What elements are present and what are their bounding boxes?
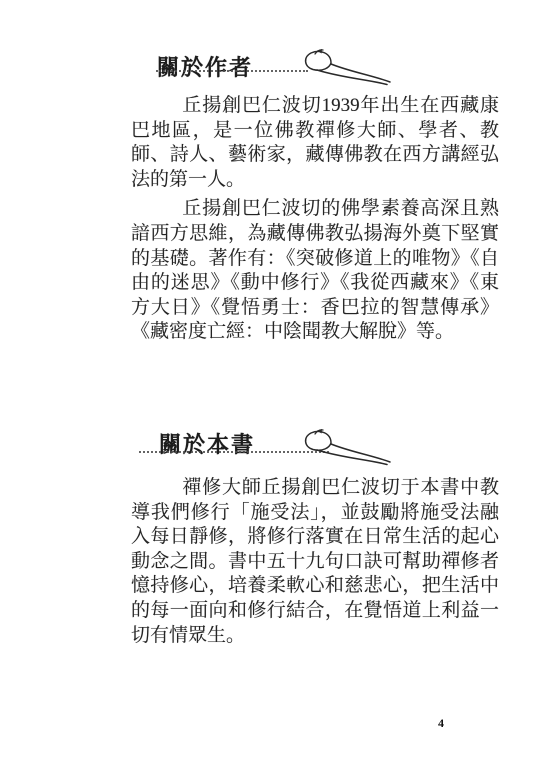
page-number: 4 bbox=[438, 716, 444, 731]
paragraph: 丘揚創巴仁波切1939年出生在西藏康巴地區，是一位佛教禪修大師、學者、教師、詩人… bbox=[131, 94, 499, 192]
bird-swirl-flourish-icon bbox=[293, 425, 395, 471]
section-body-about-book: 禪修大師丘揚創巴仁波切于本書中教導我們修行「施受法」，並鼓勵將施受法融入每日靜修… bbox=[131, 476, 499, 653]
paragraph: 丘揚創巴仁波切的佛學素養高深且熟諳西方思維，為藏傳佛教弘揚海外奠下堅實的基礎。著… bbox=[131, 197, 499, 345]
section-heading-about-book: 關於本書 bbox=[159, 428, 255, 459]
section-body-about-author: 丘揚創巴仁波切1939年出生在西藏康巴地區，是一位佛教禪修大師、學者、教師、詩人… bbox=[131, 94, 499, 350]
section-heading-about-author: 關於作者 bbox=[157, 51, 253, 82]
bird-swirl-flourish-icon bbox=[293, 45, 395, 91]
book-page: 關於作者 丘揚創巴仁波切1939年出生在西藏康巴地區，是一位佛教禪修大師、學者、… bbox=[0, 0, 536, 767]
paragraph: 禪修大師丘揚創巴仁波切于本書中教導我們修行「施受法」，並鼓勵將施受法融入每日靜修… bbox=[131, 476, 499, 648]
heading-underline bbox=[156, 70, 308, 72]
